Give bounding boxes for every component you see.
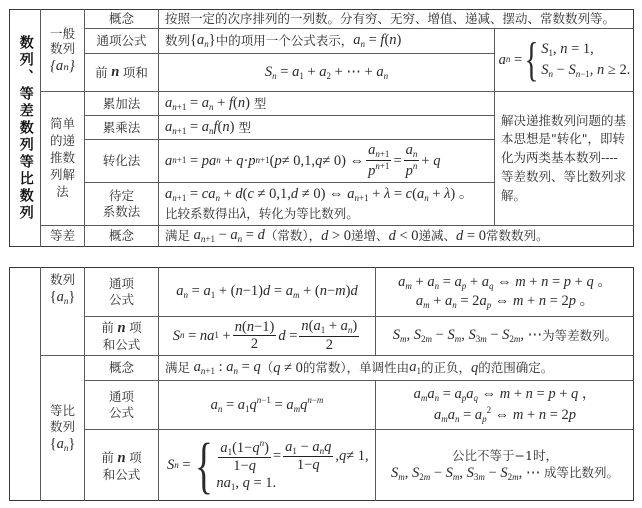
text: 的正负， (421, 360, 471, 376)
text: 常数数列。 (486, 228, 549, 244)
text: ，转化为等比数列。 (246, 206, 359, 221)
text: 待定 (109, 188, 134, 204)
text: 等比 (50, 403, 75, 419)
seq-symbol: {an} (190, 31, 216, 50)
text: 项 (129, 450, 142, 465)
text: 中的项用一个公式表示， (216, 33, 354, 49)
label-text: 简单的递推数列解法 (48, 116, 78, 200)
text: 型 (254, 96, 267, 112)
text: 前 (101, 450, 114, 465)
arith-general-term-formula: an = a1 + (n−1)d = am + (n−m)d (159, 268, 375, 316)
arith-sum-property: Sm, S2m − Sm, S3m − S2m, ⋯为等差数列。 (376, 317, 634, 355)
row-name-transform: 转化法 (85, 140, 158, 182)
text: 项和 (123, 65, 148, 81)
undetermined-coeff-formula: an+1 = can + d(c ≠ 0,1,d ≠ 0) ⇔ an+1 + λ… (159, 183, 494, 225)
row-name-arith-sum: 前 n 项 和公式 (85, 317, 158, 355)
geo-general-term-property: aman = apaq ⇔ m + n = p + q ， aman = ap2… (376, 381, 634, 429)
arith-seq-label: 数列 {an} (41, 268, 84, 308)
row-name-cumulative-add: 累加法 (85, 92, 158, 115)
arith-sum-formula: Sn = na1 + n(n−1)2d = n(a1 + an)2 (159, 317, 375, 355)
arith-label: 等差 (41, 226, 84, 246)
text: 通项 (109, 276, 134, 292)
text: 公式 (109, 405, 134, 421)
cumulative-add-formula: an+1 = an + f(n) 型 (159, 92, 494, 115)
text: 公式 (109, 292, 134, 308)
text: （ (261, 360, 274, 376)
general-term-content: 数列 {an} 中的项用一个公式表示， an = f(n) (159, 29, 494, 53)
text: 递减、 (419, 228, 457, 244)
arith-general-term-property: am + an = ap + aq ⇔ m + n = p + q 。 am +… (376, 268, 634, 316)
side-title-text: 数列、等差数列等比数列 (16, 35, 34, 222)
an-from-sn-formula: an ={ S1, n = 1, Sn − Sn−1, n ≥ 2. (495, 29, 634, 91)
geo-sum-property: 公比不等于−1时， Sm, S2m − Sm, S3m − S2m, ⋯ 成等比… (376, 430, 634, 501)
row-name-general-term: 通项公式 (85, 29, 158, 53)
text: 系数法 (103, 204, 141, 220)
label-line: 一般 (50, 26, 75, 42)
transform-formula: an+1 = pan + q·pn+1(p ≠ 0,1,q ≠ 0) ⇔ an+… (159, 140, 494, 182)
text: 为等差数列。 (542, 328, 617, 344)
text: （常数）， (265, 228, 321, 244)
partial-sum-formula: Sn = a1 + a2 + ⋯ + an (159, 54, 494, 91)
text: 数列 (165, 33, 190, 49)
text: 数列 (50, 272, 75, 288)
recursive-label: 简单的递推数列解法 (41, 92, 84, 225)
text: 递增、 (351, 228, 389, 244)
text: 满足 (165, 228, 190, 244)
concept-content: 按照一定的次序排列的一列数。分有穷、无穷、增值、递减、摆动、常数数列等。 (159, 10, 634, 28)
arith-concept-content: 满足 an+1 − an = d （常数）， d > 0递增、 d < 0递减、… (159, 226, 634, 246)
text: 和公式 (103, 467, 141, 483)
row-name-partial-sum: 前 n 项和 (85, 54, 158, 91)
text: 的范围确定。 (478, 360, 553, 376)
recursive-note: 解决递推数列问题的基本思想是"转化"，即转化为两类基本数列----等差数列、等比… (495, 92, 634, 225)
text: 通项 (109, 389, 134, 405)
text: 前 (95, 65, 108, 81)
row-name-geo-general-term: 通项 公式 (85, 381, 158, 429)
text: 型 (238, 120, 251, 136)
text: 比较系数得出 (165, 206, 240, 221)
text: 数列 (50, 419, 75, 435)
general-seq-label: 一般 数列 {aₙ} (41, 10, 84, 91)
text: 满足 (165, 360, 190, 376)
row-name-cumulative-mul: 累乘法 (85, 116, 158, 139)
text: 成等比数列。 (544, 465, 619, 480)
text: 项 (129, 320, 142, 335)
row-name-undetermined-coeff: 待定 系数法 (85, 183, 158, 225)
cumulative-mul-formula: an+1 = anf(n) 型 (159, 116, 494, 139)
geo-seq-label: 等比 数列 {an} (41, 356, 84, 501)
row-name-arith-concept: 概念 (85, 226, 158, 246)
label-symbol: {aₙ} (50, 57, 75, 75)
text: 的常数），单调性由 (303, 360, 409, 376)
geo-concept-content: 满足 an+1 : an = q （q ≠ 0的常数），单调性由 a1的正负， … (159, 356, 634, 380)
formula: an = f(n) (353, 31, 401, 50)
row-name-geo-concept: 概念 (85, 356, 158, 380)
text: 公比不等于−1时， (452, 448, 558, 464)
geo-general-term-formula: an = a1qn−1 = amqn−m (159, 381, 375, 429)
row-name-concept: 概念 (85, 10, 158, 28)
side-title: 数列、等差数列等比数列 (10, 10, 40, 246)
row-name-arith-general-term: 通项 公式 (85, 268, 158, 316)
row-name-geo-sum: 前 n 项 和公式 (85, 430, 158, 501)
geo-sum-formula: Sn ={ a1(1−qn)1−q= a1 − anq1−q,q ≠ 1, na… (159, 430, 375, 501)
label-line: 数列 (50, 41, 75, 57)
text: 和公式 (103, 337, 141, 353)
text: 前 (101, 320, 114, 335)
